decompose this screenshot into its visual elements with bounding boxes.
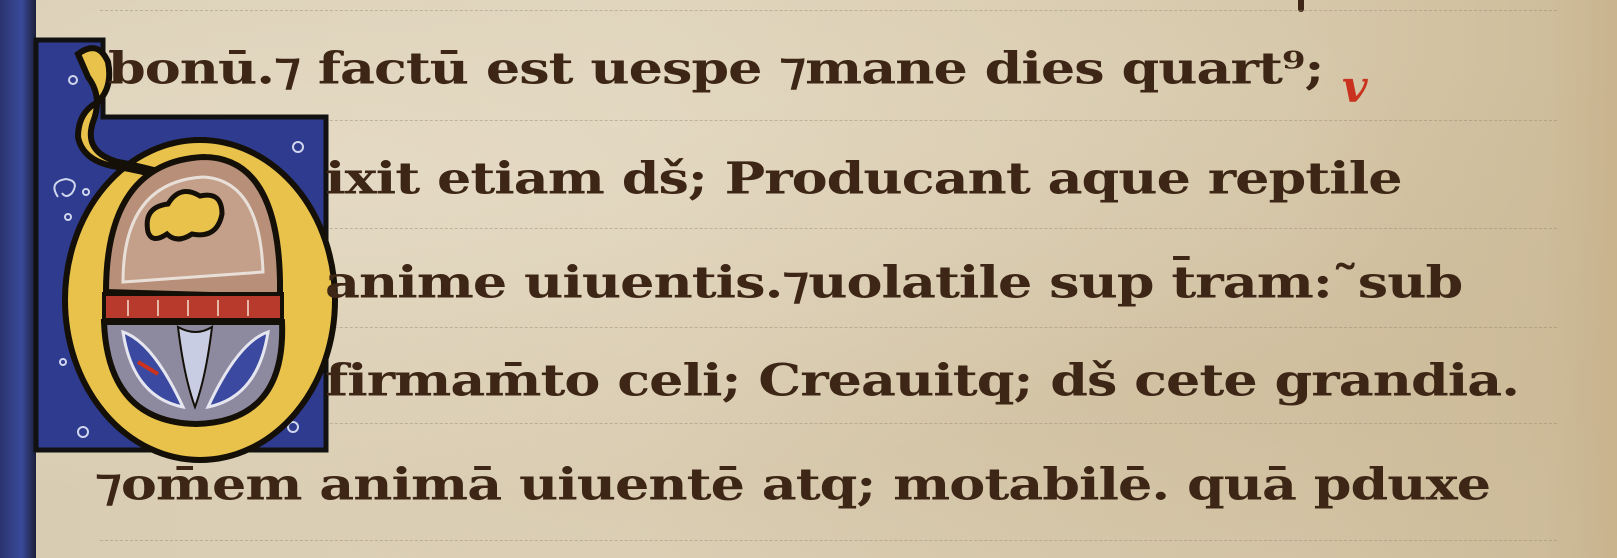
text-line-2: ixit etiam dš; Producant aque reptile	[325, 152, 1402, 204]
ruling-line	[100, 10, 1557, 11]
text-line-3: anime uiuentis.⁊uolatile sup t̄ram:˜sub	[325, 256, 1462, 308]
text-line-5: ⁊om̄em animā uiuentē atq; motabilē. quā …	[95, 458, 1490, 510]
page-edge	[1547, 0, 1617, 558]
illuminated-initial-d	[28, 32, 338, 472]
text-line-1: bonū.⁊ factū est uespe ⁊mane dies quart⁹…	[108, 42, 1323, 94]
text-line-4: firmam̄to celi; Creauitq; dš cete grandi…	[325, 354, 1519, 406]
marginal-rubric-v: v	[1342, 62, 1368, 113]
ruling-line	[100, 540, 1557, 541]
